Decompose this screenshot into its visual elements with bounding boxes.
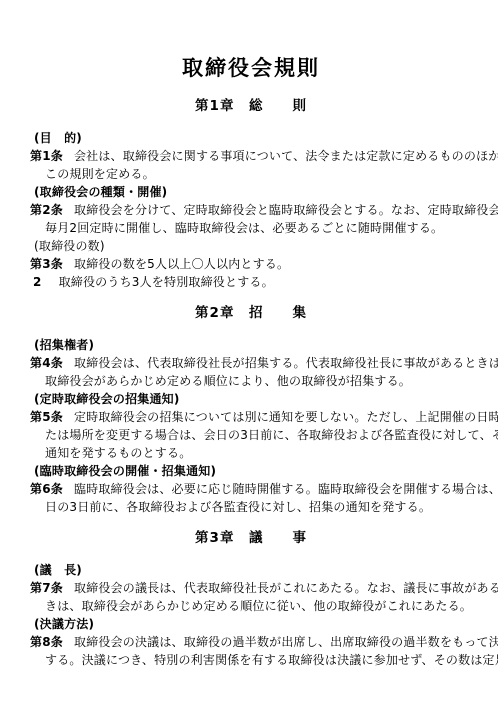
article-7-number: 第7条 — [30, 581, 63, 595]
article-6-line-2: 日の3日前に、各取締役および各監査役に対し、招集の通知を発する。 — [30, 498, 472, 516]
article-5-line-1: 第5条定時取締役会の招集については別に通知を要しない。ただし、上記開催の日時ま — [30, 408, 472, 426]
section-label-convener: (招集権者) — [30, 336, 472, 354]
section-label-extraordinary-meeting-notice: (臨時取締役会の開催・招集通知) — [30, 462, 472, 480]
article-5-number: 第5条 — [30, 410, 63, 424]
article-6-text: 臨時取締役会は、必要に応じ随時開催する。臨時取締役会を開催する場合は、会 — [74, 482, 498, 496]
article-7-line-1: 第7条取締役会の議長は、代表取締役社長がこれにあたる。なお、議長に事故があると — [30, 579, 472, 597]
section-label-chairman: (議 長) — [30, 561, 472, 579]
article-3-number: 第3条 — [30, 257, 63, 271]
article-8-number: 第8条 — [30, 635, 63, 649]
article-2-number: 第2条 — [30, 203, 63, 217]
article-8-text: 取締役会の決議は、取締役の過半数が出席し、出席取締役の過半数をもって決定 — [74, 635, 498, 649]
article-1-number: 第1条 — [30, 149, 63, 163]
article-5-line-3: 通知を発するものとする。 — [30, 444, 472, 462]
section-label-number-of-directors: (取締役の数) — [30, 237, 472, 255]
article-4-line-2: 取締役会があらかじめ定める順位により、他の取締役が招集する。 — [30, 372, 472, 390]
document-page: 取締役会規則 第1章 総 則 (目 的) 第1条会社は、取締役会に関する事項につ… — [0, 0, 498, 724]
article-3-paragraph-2: 2取締役のうち3人を特別取締役とする。 — [30, 273, 472, 291]
article-3-line-1: 第3条取締役の数を5人以上〇人以内とする。 — [30, 255, 472, 273]
article-1-text: 会社は、取締役会に関する事項について、法令または定款に定めるもののほか、 — [74, 149, 498, 163]
section-label-regular-meeting-notice: (定時取締役会の招集通知) — [30, 390, 472, 408]
article-2-line-2: 毎月2回定時に開催し、臨時取締役会は、必要あるごとに随時開催する。 — [30, 219, 472, 237]
article-4-number: 第4条 — [30, 356, 63, 370]
section-label-types: (取締役会の種類・開催) — [30, 183, 472, 201]
article-7-text: 取締役会の議長は、代表取締役社長がこれにあたる。なお、議長に事故があると — [74, 581, 498, 595]
article-6-number: 第6条 — [30, 482, 63, 496]
article-3-text: 取締役の数を5人以上〇人以内とする。 — [74, 257, 289, 271]
article-7-line-2: きは、取締役会があらかじめ定める順位に従い、他の取締役がこれにあたる。 — [30, 597, 472, 615]
article-4-line-1: 第4条取締役会は、代表取締役社長が招集する。代表取締役社長に事故があるときは、 — [30, 354, 472, 372]
article-8-line-1: 第8条取締役会の決議は、取締役の過半数が出席し、出席取締役の過半数をもって決定 — [30, 633, 472, 651]
article-2-line-1: 第2条取締役会を分けて、定時取締役会と臨時取締役会とする。なお、定時取締役会は、 — [30, 201, 472, 219]
article-1-line-2: この規則を定める。 — [30, 165, 472, 183]
section-label-resolution-method: (決議方法) — [30, 615, 472, 633]
chapter-2-heading: 第2章 招 集 — [30, 304, 472, 322]
article-1-line-1: 第1条会社は、取締役会に関する事項について、法令または定款に定めるもののほか、 — [30, 147, 472, 165]
article-2-text: 取締役会を分けて、定時取締役会と臨時取締役会とする。なお、定時取締役会は、 — [74, 203, 498, 217]
chapter-1-heading: 第1章 総 則 — [30, 97, 472, 115]
article-4-text: 取締役会は、代表取締役社長が招集する。代表取締役社長に事故があるときは、 — [74, 356, 498, 370]
document-title: 取締役会規則 — [30, 54, 472, 82]
article-6-line-1: 第6条臨時取締役会は、必要に応じ随時開催する。臨時取締役会を開催する場合は、会 — [30, 480, 472, 498]
section-label-purpose: (目 的) — [30, 129, 472, 147]
article-5-text: 定時取締役会の招集については別に通知を要しない。ただし、上記開催の日時ま — [74, 410, 498, 424]
article-3-paragraph-2-text: 取締役のうち3人を特別取締役とする。 — [59, 275, 274, 289]
article-8-line-2: する。決議につき、特別の利害関係を有する取締役は決議に参加せず、その数は定足数・ — [30, 651, 472, 669]
article-5-line-2: たは場所を変更する場合は、会日の3日前に、各取締役および各監査役に対して、その — [30, 426, 472, 444]
chapter-3-heading: 第3章 議 事 — [30, 529, 472, 547]
article-3-paragraph-2-number: 2 — [30, 275, 42, 289]
